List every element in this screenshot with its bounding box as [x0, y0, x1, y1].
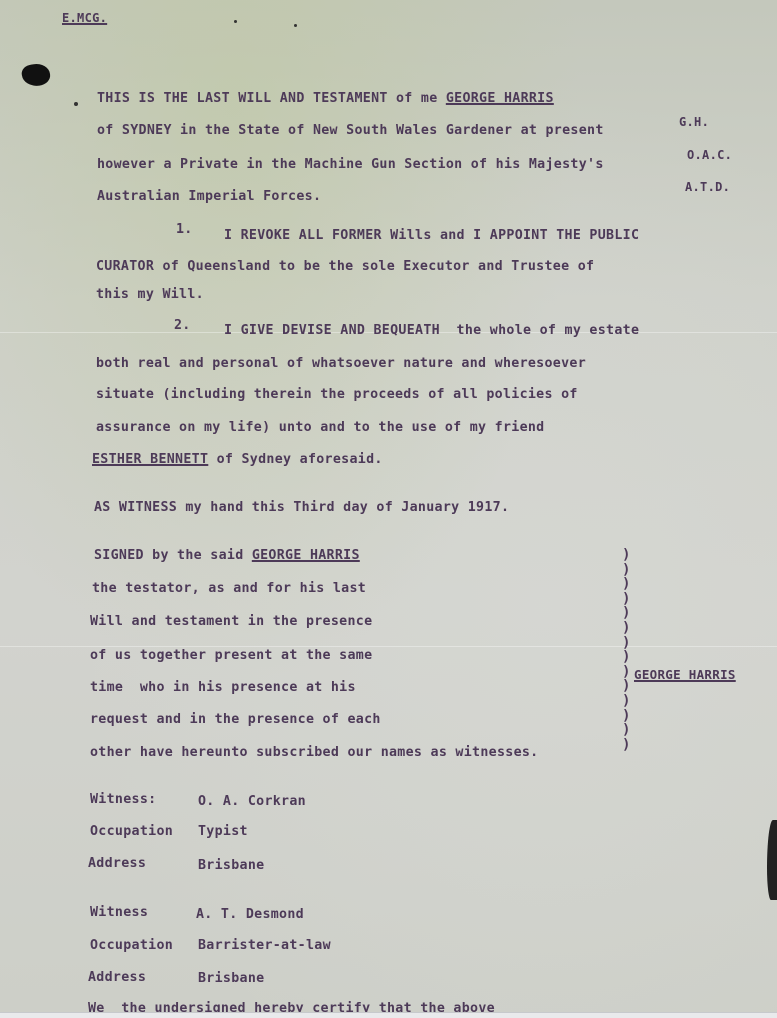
paper-fold-line — [0, 646, 777, 647]
attestation-line-4: of us together present at the same — [90, 648, 372, 663]
clause-2-line-1: I GIVE DEVISE AND BEQUEATH the whole of … — [224, 323, 639, 338]
witness-1-label: Witness: — [90, 792, 156, 807]
beneficiary-name: ESTHER BENNETT — [92, 452, 208, 467]
clause-2-line-5: ESTHER BENNETT of Sydney aforesaid. — [92, 452, 383, 467]
ink-speck — [294, 24, 297, 27]
attestation-line-3: Will and testament in the presence — [90, 614, 372, 629]
attestation-line-6: request and in the presence of each — [90, 712, 381, 727]
witness-1-address: Brisbane — [198, 858, 264, 873]
clause-2-line-2: both real and personal of whatsoever nat… — [96, 356, 586, 371]
preamble-line-1: THIS IS THE LAST WILL AND TESTAMENT of m… — [97, 91, 554, 106]
will-document-page: E.MCG. THIS IS THE LAST WILL AND TESTAME… — [0, 0, 777, 1012]
witness-2-name: A. T. Desmond — [196, 907, 304, 922]
margin-initials-atd: A.T.D. — [685, 180, 730, 194]
preamble-line-3: however a Private in the Machine Gun Sec… — [97, 157, 604, 172]
witness-2-address: Brisbane — [198, 971, 264, 986]
preamble-text: THIS IS THE LAST WILL AND TESTAMENT of m… — [97, 91, 446, 106]
margin-initials-gh: G.H. — [679, 115, 709, 129]
margin-initials-oac: O.A.C. — [687, 148, 732, 162]
ink-speck — [234, 20, 237, 23]
attestation-line-7: other have hereunto subscribed our names… — [90, 745, 539, 760]
cut-off-line: We the undersigned hereby certify that t… — [88, 1001, 495, 1012]
testator-signature: GEORGE HARRIS — [634, 667, 736, 682]
witness-1-address-label: Address — [88, 856, 146, 871]
attestation-prefix: SIGNED by the said — [94, 548, 252, 563]
clause-2-line-4: assurance on my life) unto and to the us… — [96, 420, 545, 435]
attestation-brace: ) ) ) ) ) ) ) ) ) ) ) ) ) ) — [622, 548, 630, 752]
witness-1-occupation-label: Occupation — [90, 824, 173, 839]
preamble-line-4: Australian Imperial Forces. — [97, 189, 321, 204]
testator-name: GEORGE HARRIS — [446, 91, 554, 106]
witness-2-occupation: Barrister-at-law — [198, 938, 331, 953]
clause-1-line-1: I REVOKE ALL FORMER Wills and I APPOINT … — [224, 228, 639, 243]
witness-2-occupation-label: Occupation — [90, 938, 173, 953]
clause-2-number: 2. — [174, 318, 191, 333]
punch-hole — [21, 62, 52, 88]
viewer-bottom-bar — [0, 1012, 777, 1018]
witness-2-address-label: Address — [88, 970, 146, 985]
witness-1-name: O. A. Corkran — [198, 794, 306, 809]
paper-edge-damage — [767, 820, 777, 900]
clause-2-line-3: situate (including therein the proceeds … — [96, 387, 578, 402]
attestation-line-1: SIGNED by the said GEORGE HARRIS — [94, 548, 360, 563]
attestation-line-5: time who in his presence at his — [90, 680, 356, 695]
file-reference: E.MCG. — [62, 11, 107, 25]
ink-speck — [74, 102, 78, 106]
clause-1-number: 1. — [176, 222, 193, 237]
witness-date-line: AS WITNESS my hand this Third day of Jan… — [94, 500, 509, 515]
attestation-testator-name: GEORGE HARRIS — [252, 548, 360, 563]
attestation-line-2: the testator, as and for his last — [92, 581, 366, 596]
clause-1-line-2: CURATOR of Queensland to be the sole Exe… — [96, 259, 594, 274]
beneficiary-suffix: of Sydney aforesaid. — [208, 452, 382, 467]
witness-2-label: Witness — [90, 905, 148, 920]
witness-1-occupation: Typist — [198, 824, 248, 839]
clause-1-line-3: this my Will. — [96, 287, 204, 302]
preamble-line-2: of SYDNEY in the State of New South Wale… — [97, 123, 604, 138]
